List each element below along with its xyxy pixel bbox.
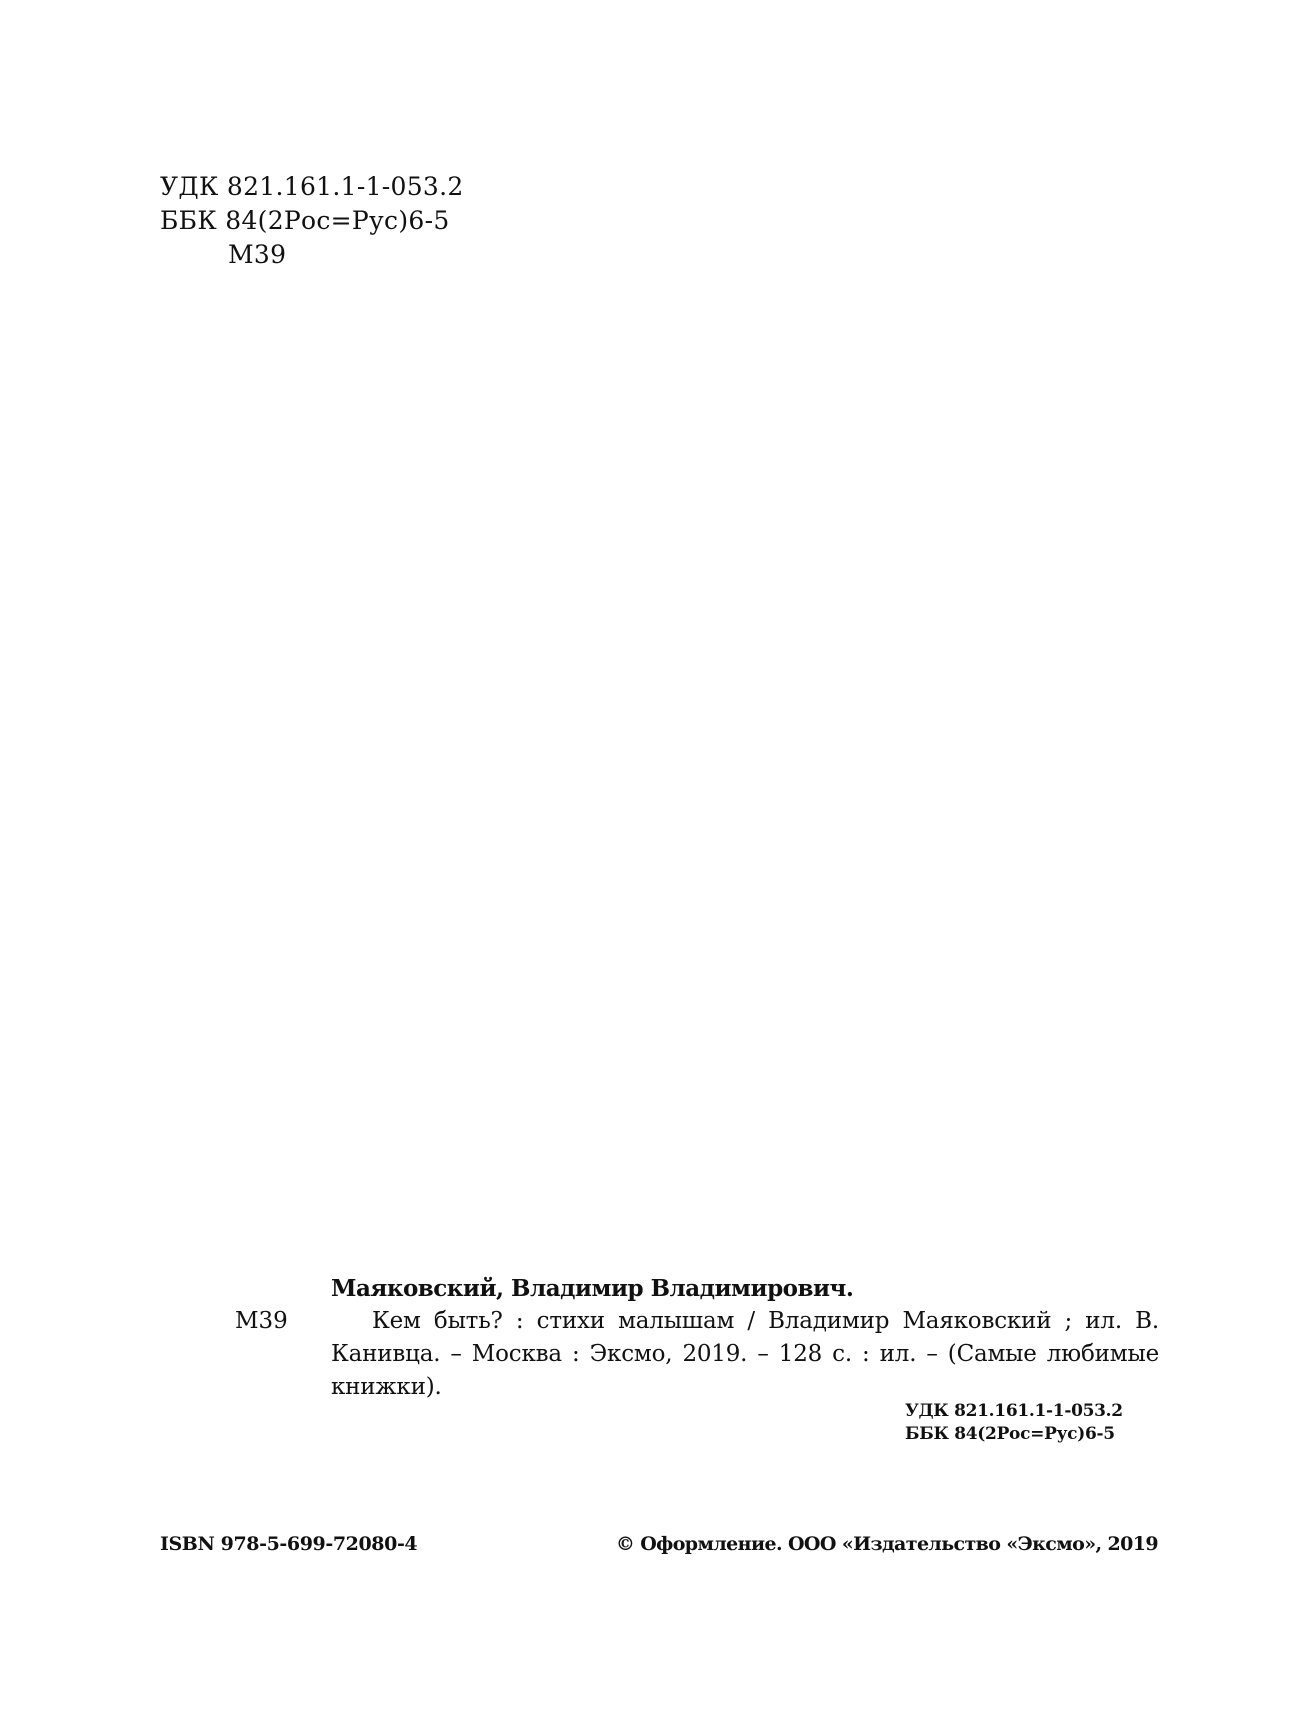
- isbn: ISBN 978-5-699-72080-4: [160, 1531, 417, 1557]
- entry-author-mark: М39: [235, 1305, 288, 1338]
- footer-line: ISBN 978-5-699-72080-4 © Оформление. ООО…: [160, 1531, 1158, 1557]
- author-mark: М39: [160, 238, 464, 272]
- entry-udk-code: УДК 821.161.1-1-053.2: [905, 1400, 1123, 1423]
- entry-author: Маяковский, Владимир Владимирович.: [331, 1272, 1159, 1305]
- udk-code: УДК 821.161.1-1-053.2: [160, 170, 464, 204]
- entry-bbk-code: ББК 84(2Рос=Рус)6-5: [905, 1423, 1123, 1446]
- copyright-notice: © Оформление. ООО «Издательство «Эксмо»,…: [616, 1531, 1158, 1557]
- classification-header: УДК 821.161.1-1-053.2 ББК 84(2Рос=Рус)6-…: [160, 170, 464, 272]
- bbk-code: ББК 84(2Рос=Рус)6-5: [160, 204, 464, 238]
- imprint-page: УДК 821.161.1-1-053.2 ББК 84(2Рос=Рус)6-…: [0, 0, 1315, 1732]
- entry-description: Кем быть? : стихи малышам / Владимир Мая…: [331, 1305, 1159, 1404]
- bibliographic-entry: Маяковский, Владимир Владимирович. Кем б…: [331, 1272, 1159, 1404]
- entry-classification: УДК 821.161.1-1-053.2 ББК 84(2Рос=Рус)6-…: [905, 1400, 1123, 1446]
